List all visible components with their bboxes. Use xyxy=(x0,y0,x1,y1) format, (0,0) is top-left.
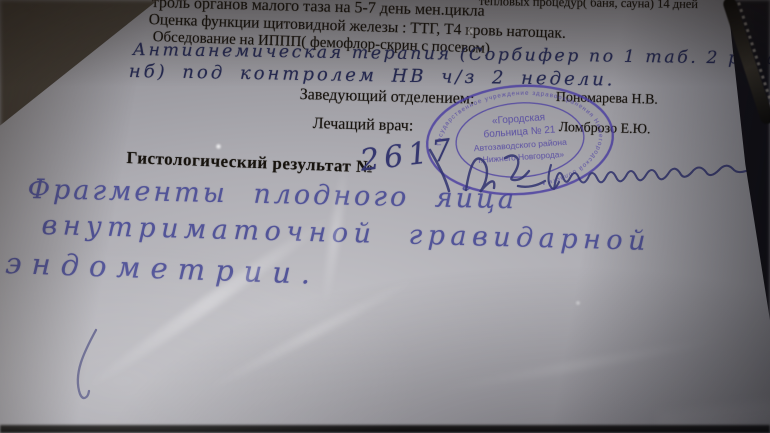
glare-dot xyxy=(575,300,581,306)
glare-dot xyxy=(215,143,222,150)
hospital-stamp: Государственное учреждение здравоохранен… xyxy=(416,73,624,207)
plastic-glare-streak xyxy=(431,334,728,396)
bottom-shadow-strip xyxy=(0,425,770,433)
document-photo: тепловых процедур( баня, сауна) 14 дней … xyxy=(0,0,770,433)
glare-dot xyxy=(466,27,475,36)
attending-doctor-label: Лечащий врач: xyxy=(313,115,414,136)
histology-result-label: Гистологический результат № xyxy=(126,148,374,177)
printed-line-heat-procedures: тепловых процедур( баня, сауна) 14 дней xyxy=(479,0,698,12)
